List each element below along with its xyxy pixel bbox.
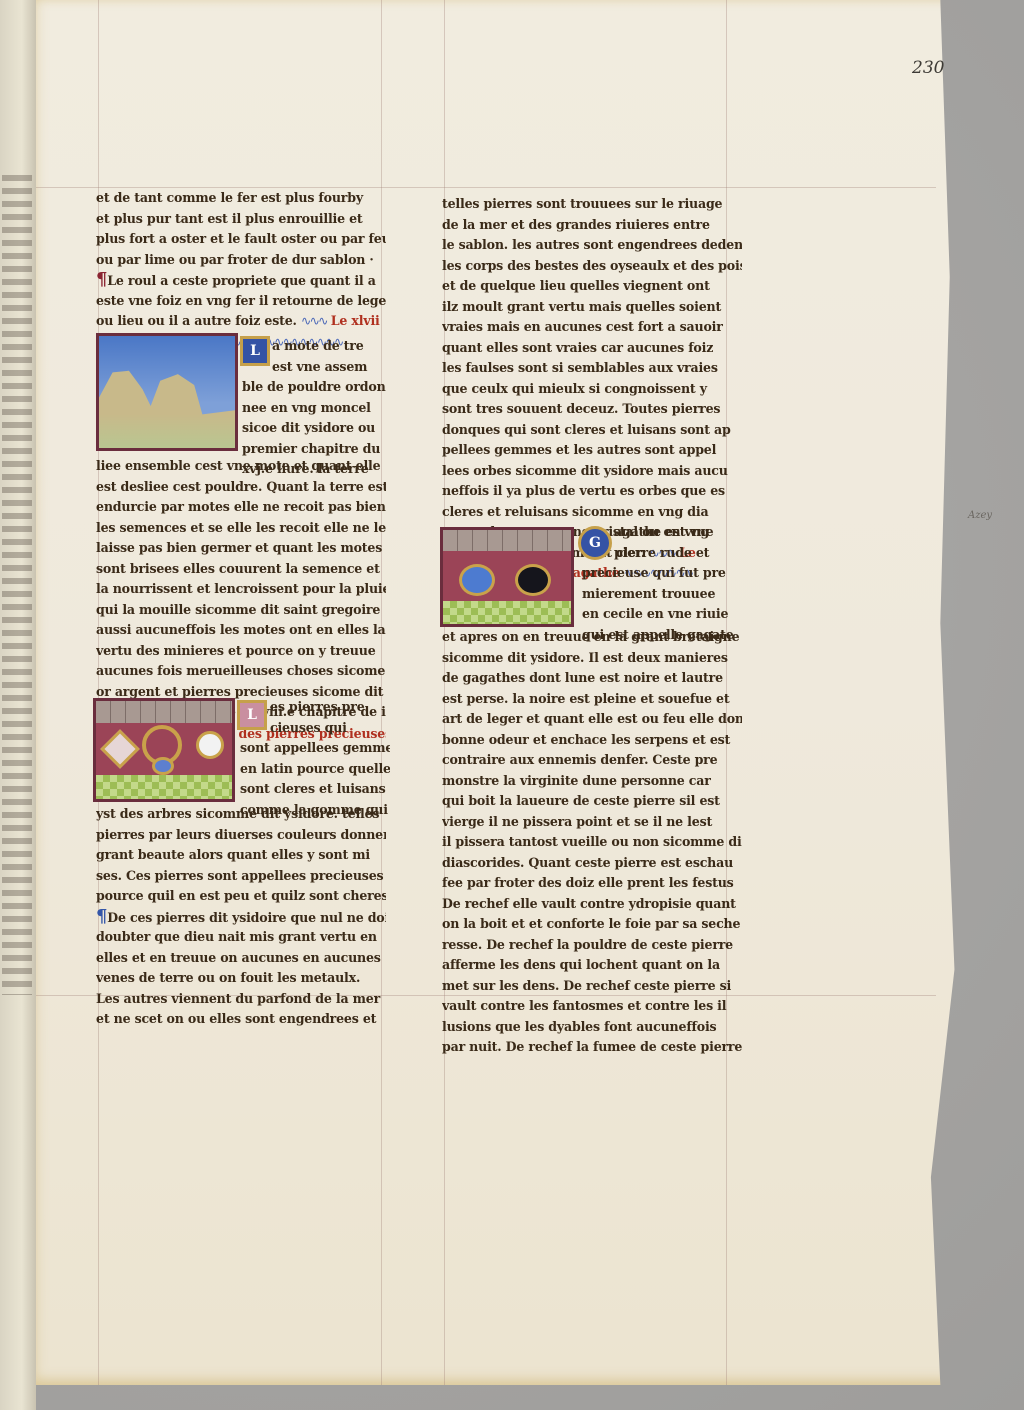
black-gem-icon xyxy=(515,564,551,596)
text-line: quant elles sont vraies car aucunes foiz xyxy=(442,338,742,359)
text-line: pellees gemmes et les autres sont appel xyxy=(442,440,742,461)
text-line: cleres et reluisans sicomme en vng dia xyxy=(442,502,742,523)
text-line: aussi aucuneffois les motes ont en elles… xyxy=(96,620,386,641)
text-line: este vne foiz en vng fer il retourne de … xyxy=(96,291,386,312)
beside-miniature-text: es pierres pre cieuses qui xyxy=(270,697,390,738)
text-line: liee ensemble cest vne mote et quant ell… xyxy=(96,456,386,477)
brick-wall xyxy=(96,701,232,723)
checkered-floor xyxy=(443,601,571,624)
text-line: ¶De ces pierres dit ysidoire que nul ne … xyxy=(96,907,386,928)
pearl-icon xyxy=(196,731,224,759)
text-line: de la mer et des grandes riuieres entre xyxy=(442,215,742,236)
text-line: mierement trouuee xyxy=(582,584,752,605)
text-line: sont tres souuent deceuz. Toutes pierres xyxy=(442,399,742,420)
text-line: on la boit et et conforte le foie par sa… xyxy=(442,914,742,935)
text-line: bonne odeur et enchace les serpens et es… xyxy=(442,730,742,751)
text-line: a mote de tre xyxy=(272,336,392,357)
text-line: et de tant comme le fer est plus fourby xyxy=(96,188,386,209)
margin-note: Azey xyxy=(968,510,992,521)
text-line: endurcie par motes elle ne recoit pas bi… xyxy=(96,497,386,518)
text-line: ses. Ces pierres sont appellees precieus… xyxy=(96,866,386,887)
facing-page-edge xyxy=(0,0,36,1410)
text-line: sont appellees gemmes xyxy=(240,738,390,759)
illuminated-initial-G: G xyxy=(578,526,612,560)
text-line: vierge il ne pissera point et se il ne l… xyxy=(442,812,742,833)
text-line: et plus pur tant est il plus enrouillie … xyxy=(96,209,386,230)
text-line: plus fort a oster et le fault oster ou p… xyxy=(96,229,386,250)
left-block3: yst des arbres sicomme dit ysidore. tell… xyxy=(96,804,386,1030)
text-line: vault contre les fantosmes et contre les… xyxy=(442,996,742,1017)
text-line: afferme les dens qui lochent quant on la xyxy=(442,955,742,976)
text-line: vraies mais en aucunes cest fort a sauoi… xyxy=(442,317,742,338)
blue-gem-icon xyxy=(152,757,174,775)
folio-number: 230 xyxy=(912,58,944,78)
text-line: es pierres pre xyxy=(270,697,390,718)
text-line: que ceulx qui mieulx si congnoissent y xyxy=(442,379,742,400)
text-line: agathe est vne xyxy=(614,522,754,543)
text-line: fee par froter des doiz elle prent les f… xyxy=(442,873,742,894)
diamond-jewel-icon xyxy=(100,729,140,769)
text-line: diascorides. Quant ceste pierre est esch… xyxy=(442,853,742,874)
beside-miniature-text: agathe est vne pierre rude et xyxy=(614,522,754,563)
text-line: sicomme dit ysidore. Il est deux maniere… xyxy=(442,648,742,669)
text-line: resse. De rechef la pouldre de ceste pie… xyxy=(442,935,742,956)
text-line: sicoe dit ysidore ou xyxy=(242,418,392,439)
text-line: est vne assem xyxy=(272,357,392,378)
text-line: doubter que dieu nait mis grant vertu en xyxy=(96,927,386,948)
brick-wall xyxy=(443,530,571,551)
text-line: venes de terre ou on fouit les metaulx. xyxy=(96,968,386,989)
text-line: en latin pource quelles xyxy=(240,759,390,780)
text-span: ou lieu ou il a autre foiz este. xyxy=(96,313,297,328)
text-line: elles et en treuue on aucunes en aucunes xyxy=(96,948,386,969)
beside-miniature-text: a mote de tre est vne assem xyxy=(272,336,392,377)
miniature-mote-de-terre xyxy=(96,333,238,451)
text-line: il pissera tantost vueille ou non sicomm… xyxy=(442,832,742,853)
chapter-rubric: Le xlvii xyxy=(331,313,380,328)
text-line: laisse pas bien germer et quant les mote… xyxy=(96,538,386,559)
text-line: sont cleres et luisans xyxy=(240,779,390,800)
text-line: ¶Le roul a ceste propriete que quant il … xyxy=(96,270,386,291)
blue-gem-icon xyxy=(459,564,495,596)
text-line: ilz moult grant vertu mais quelles soien… xyxy=(442,297,742,318)
text-line: telles pierres sont trouuees sur le riua… xyxy=(442,194,742,215)
text-line: aucunes fois merueilleuses choses sicome xyxy=(96,661,386,682)
text-line: lees orbes sicomme dit ysidore mais aucu xyxy=(442,461,742,482)
text-line: les corps des bestes des oyseaulx et des… xyxy=(442,256,742,277)
text-line: et apres on en treuue en la grant bretai… xyxy=(442,627,742,648)
text-line: est desliee cest pouldre. Quant la terre… xyxy=(96,477,386,498)
text-line: pierre rude et xyxy=(614,543,754,564)
facing-page-text xyxy=(2,175,32,995)
checkered-floor xyxy=(96,775,232,799)
text-line: donques qui sont cleres et luisans sont … xyxy=(442,420,742,441)
text-span: sont tres souuent deceuz. Toutes pierres xyxy=(442,401,720,416)
text-line: et ne scet on ou elles sont engendrees e… xyxy=(96,1009,386,1030)
miniature-pierres-precieuses xyxy=(93,698,235,802)
text-line: Les autres viennent du parfond de la mer xyxy=(96,989,386,1010)
text-line: ou par lime ou par froter de dur sablon … xyxy=(96,250,386,271)
text-line: qui la mouille sicomme dit saint gregoir… xyxy=(96,600,386,621)
illuminated-initial-L: L xyxy=(240,336,270,366)
illuminated-initial-L: L xyxy=(237,700,267,730)
text-line: et de quelque lieu quelles viegnent ont xyxy=(442,276,742,297)
right-block2: et apres on en treuue en la grant bretai… xyxy=(442,627,742,1058)
paragraph-mark: ¶ xyxy=(96,907,107,927)
text-line: nee en vng moncel xyxy=(242,398,392,419)
text-line: grant beaute alors quant elles y sont mi xyxy=(96,845,386,866)
text-line: est perse. la noire est pleine et souefu… xyxy=(442,689,742,710)
text-line: les semences et se elle les recoit elle … xyxy=(96,518,386,539)
text-line: sont brisees elles couurent la semence e… xyxy=(96,559,386,580)
miniature-gagathe xyxy=(440,527,574,627)
text-line: vertu des minieres et pource on y treuue xyxy=(96,641,386,662)
text-line: De rechef elle vault contre ydropisie qu… xyxy=(442,894,742,915)
text-line: ou lieu ou il a autre foiz este. ∿∿∿ Le … xyxy=(96,311,386,332)
line-filler-icon: ∿∿∿ xyxy=(301,313,327,328)
text-line: la nourrissent et lencroissent pour la p… xyxy=(96,579,386,600)
left-block1: et de tant comme le fer est plus fourby … xyxy=(96,188,386,352)
text-line: cieuses qui xyxy=(270,718,390,739)
text-line: yst des arbres sicomme dit ysidore. tell… xyxy=(96,804,386,825)
text-line: les faulses sont si semblables aux vraie… xyxy=(442,358,742,379)
text-line: contraire aux ennemis denfer. Ceste pre xyxy=(442,750,742,771)
text-line: lusions que les dyables font aucuneffois xyxy=(442,1017,742,1038)
text-line: precieuse qui fut pre xyxy=(582,563,752,584)
paragraph-mark: ¶ xyxy=(96,270,107,290)
text-line: neffois il ya plus de vertu es orbes que… xyxy=(442,481,742,502)
text-line: de gagathes dont lune est noire et lautr… xyxy=(442,668,742,689)
text-line: le sablon. les autres sont engendrees de… xyxy=(442,235,742,256)
text-span: Le roul a ceste propriete que quant il a xyxy=(107,273,375,288)
text-line: pierres par leurs diuerses couleurs donn… xyxy=(96,825,386,846)
text-line: met sur les dens. De rechef ceste pierre… xyxy=(442,976,742,997)
text-span: De ces pierres dit ysidoire que nul ne d… xyxy=(107,910,386,925)
text-line: par nuit. De rechef la fumee de ceste pi… xyxy=(442,1037,742,1058)
text-line: ble de pouldre ordon xyxy=(242,377,392,398)
text-line: en cecile en vne riuie xyxy=(582,604,752,625)
text-line: monstre la virginite dune personne car xyxy=(442,771,742,792)
left-column: et de tant comme le fer est plus fourby … xyxy=(96,188,386,352)
text-line: qui boit la laueure de ceste pierre sil … xyxy=(442,791,742,812)
text-line: pource quil en est peu et quilz sont che… xyxy=(96,886,386,907)
ground xyxy=(99,414,235,448)
text-line: art de leger et quant elle est ou feu el… xyxy=(442,709,742,730)
